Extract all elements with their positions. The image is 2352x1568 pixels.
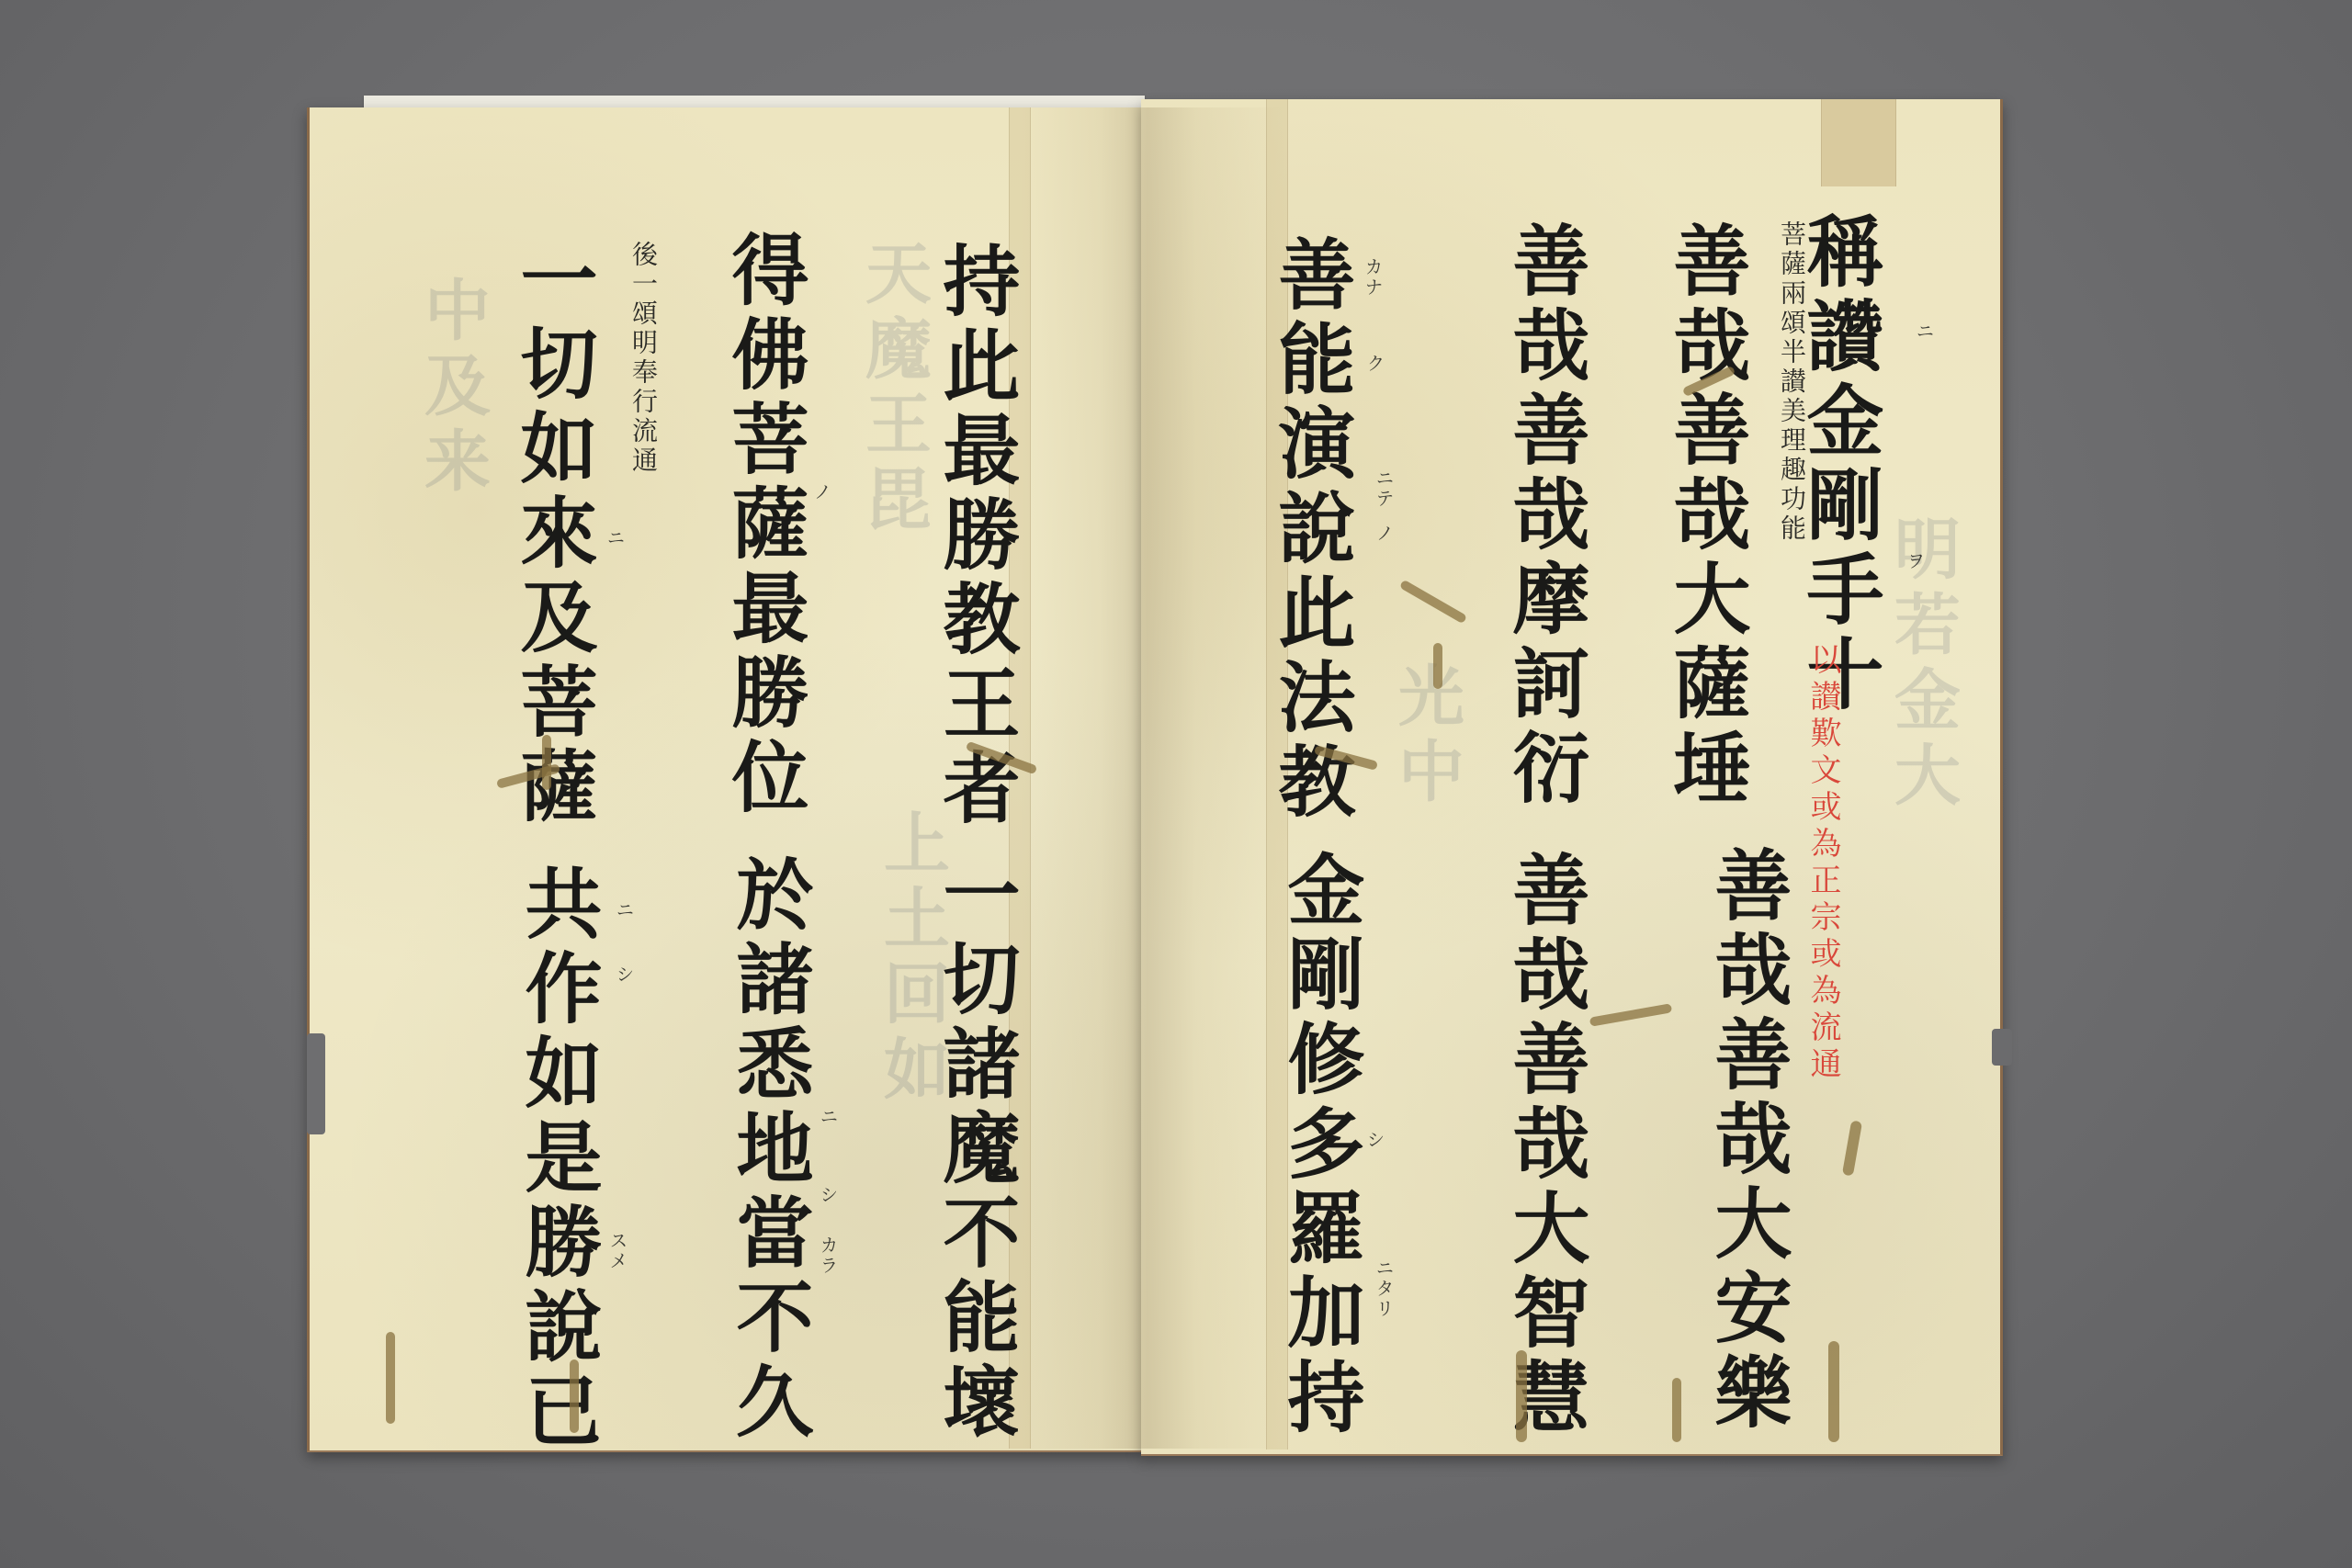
interlinear-gloss-r1: 菩薩兩頌半讃美理趣功能 bbox=[1773, 220, 1810, 544]
edge-damage bbox=[1992, 1029, 2012, 1066]
worm-damage bbox=[570, 1359, 579, 1433]
kana-mark: シ bbox=[1362, 1130, 1388, 1150]
interlinear-gloss-l3: 後一頌明奉行流通 bbox=[625, 241, 661, 476]
text-column-l5: 於諸悉地當不久 bbox=[730, 854, 808, 1446]
text-column-l2: 得佛菩薩最勝位 bbox=[726, 230, 803, 821]
kana-mark: ニテ bbox=[1371, 468, 1397, 509]
text-column-r4: 善能演說此法教 bbox=[1272, 234, 1350, 826]
text-column-r5: 善哉善哉大安樂 bbox=[1709, 845, 1786, 1437]
text-column-l3: 一切如來及菩薩 bbox=[514, 239, 592, 830]
kana-mark: カナ bbox=[1360, 257, 1386, 298]
kana-mark: ク bbox=[1362, 354, 1388, 374]
text-column-r2: 善哉善哉大薩埵 bbox=[1668, 220, 1745, 812]
worm-damage bbox=[1433, 643, 1442, 689]
kana-mark: ヲ bbox=[1902, 551, 1928, 571]
edge-damage bbox=[307, 1033, 325, 1134]
repair-patch bbox=[1821, 99, 1896, 186]
kana-mark: シ bbox=[611, 964, 638, 985]
worm-damage bbox=[1672, 1378, 1681, 1442]
kana-mark: ノ bbox=[1371, 524, 1397, 544]
kana-mark: ニ bbox=[815, 1107, 842, 1127]
worm-damage bbox=[542, 735, 551, 790]
worm-damage bbox=[1828, 1341, 1839, 1442]
kana-mark: シ bbox=[815, 1185, 842, 1205]
kana-mark: カラ bbox=[815, 1235, 842, 1276]
open-manuscript: 天魔王毘 上土回如 中及来 明若金大 光中 稱讚金剛手十 菩薩兩頌半讃美理趣功能… bbox=[0, 0, 2352, 1568]
worm-damage bbox=[386, 1332, 395, 1424]
kana-mark: スメ bbox=[605, 1231, 631, 1271]
bleed-through-text: 光中 bbox=[1378, 661, 1474, 812]
text-column-l6: 共作如是勝說已 bbox=[519, 863, 596, 1455]
worm-damage bbox=[1516, 1350, 1527, 1442]
text-column-r7: 金剛修多羅加持 bbox=[1282, 850, 1359, 1441]
text-column-r3: 善哉善哉摩訶衍 bbox=[1507, 220, 1584, 812]
bleed-through-text: 天魔王毘 bbox=[845, 239, 941, 540]
kana-mark: ニタリ bbox=[1371, 1258, 1397, 1319]
kana-mark: ニ bbox=[602, 528, 628, 548]
text-column-l4: 一切諸魔不能壞 bbox=[937, 854, 1014, 1446]
kana-mark: ノ bbox=[808, 482, 835, 502]
kana-mark: ニ bbox=[611, 900, 638, 920]
kana-mark: ニ bbox=[1911, 321, 1938, 342]
red-annotation: 以讃歎文或為正宗或為流通 bbox=[1801, 643, 1846, 1084]
bleed-through-text: 中及来 bbox=[404, 276, 500, 502]
